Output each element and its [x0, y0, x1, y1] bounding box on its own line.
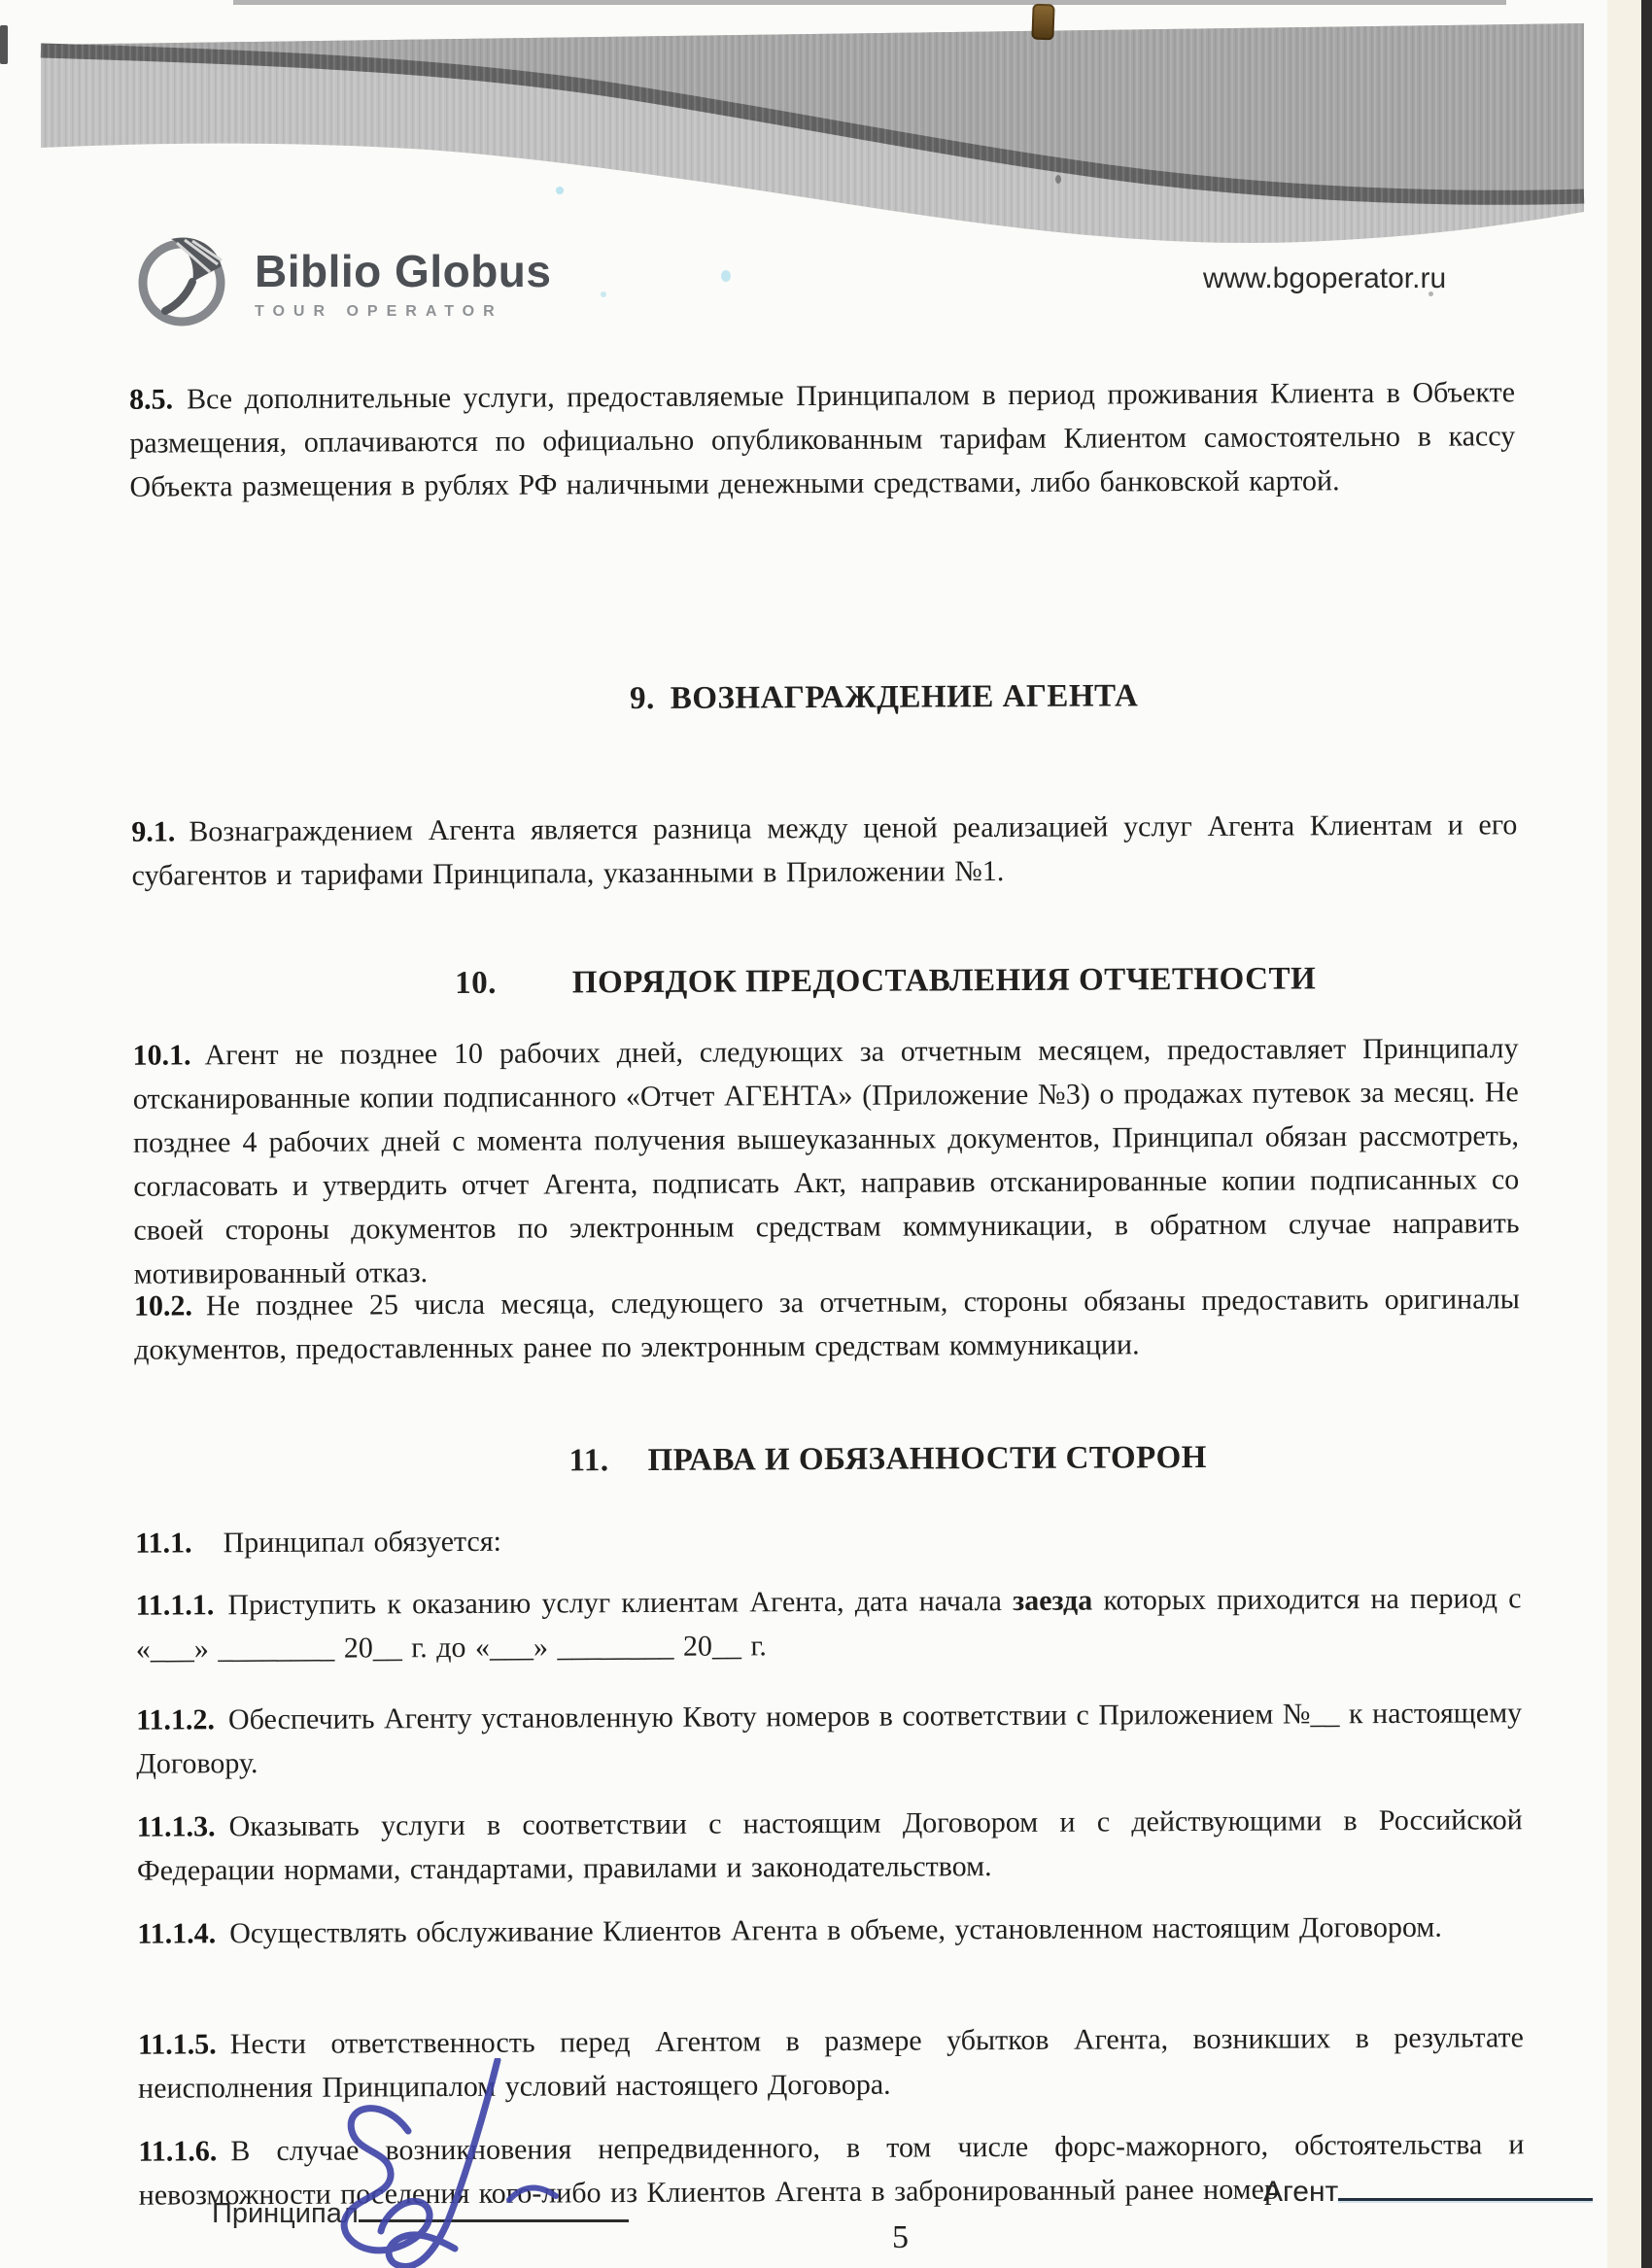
clause-8-5: 8.5.Все дополнительные услуги, предостав…: [129, 370, 1516, 508]
clause-number: 11.1.: [135, 1527, 192, 1559]
section-number: 11.: [568, 1443, 608, 1478]
clause-number: 11.1.3.: [137, 1810, 216, 1842]
clause-number: 11.1.2.: [136, 1703, 215, 1735]
clause-text-before: Приступить к оказанию услуг клиентам Аге…: [227, 1585, 1013, 1621]
agent-signature-line: [1338, 2173, 1593, 2201]
clause-11-1-3: 11.1.3.Оказывать услуги в соответствии с…: [137, 1798, 1523, 1892]
clause-text: Принципал обязуется:: [223, 1526, 501, 1559]
section-9-heading: 9.ВОЗНАГРАЖДЕНИЕ АГЕНТА: [191, 676, 1577, 719]
clause-number: 11.1.6.: [138, 2135, 217, 2167]
section-title: ВОЗНАГРАЖДЕНИЕ АГЕНТА: [671, 678, 1139, 716]
clause-11-1-4: 11.1.4.Осуществлять обслуживание Клиенто…: [137, 1905, 1523, 1955]
scanned-contract-page: Biblio Globus TOUR OPERATOR www.bgoperat…: [0, 0, 1652, 2268]
clause-text-bold: заезда: [1013, 1585, 1092, 1617]
clause-number: 10.2.: [134, 1289, 192, 1322]
clause-text: Все дополнительные услуги, предоставляем…: [129, 376, 1515, 502]
agent-signature-block: Агент: [1263, 2173, 1593, 2209]
clause-text: Вознаграждением Агента является разница …: [132, 808, 1518, 891]
contract-body: 8.5.Все дополнительные услуги, предостав…: [0, 0, 1652, 2268]
clause-number: 11.1.5.: [138, 2028, 217, 2060]
section-number: 10.: [455, 966, 497, 1001]
section-title: ПОРЯДОК ПРЕДОСТАВЛЕНИЯ ОТЧЕТНОСТИ: [572, 961, 1317, 1000]
agent-label: Агент: [1263, 2176, 1338, 2208]
clause-number: 9.1.: [131, 816, 175, 848]
clause-9-1: 9.1.Вознаграждением Агента является разн…: [131, 803, 1517, 897]
clause-text: Оказывать услуги в соответствии с настоя…: [137, 1804, 1523, 1886]
clause-text: Осуществлять обслуживание Клиентов Агент…: [229, 1911, 1442, 1950]
clause-number: 11.1.4.: [137, 1917, 216, 1949]
section-title: ПРАВА И ОБЯЗАННОСТИ СТОРОН: [647, 1440, 1207, 1478]
principal-signature-scribble: [292, 2058, 583, 2268]
clause-number: 8.5.: [129, 384, 173, 416]
clause-11-1-2: 11.1.2.Обеспечить Агенту установленную К…: [136, 1691, 1522, 1785]
clause-10-2: 10.2.Не позднее 25 числа месяца, следующ…: [134, 1277, 1520, 1371]
clause-number: 10.1.: [132, 1039, 190, 1071]
clause-text: Агент не позднее 10 рабочих дней, следую…: [133, 1032, 1520, 1289]
clause-10-1: 10.1.Агент не позднее 10 рабочих дней, с…: [132, 1026, 1519, 1295]
clause-11-1-1: 11.1.1.Приступить к оказанию услуг клиен…: [135, 1576, 1521, 1670]
clause-number: 11.1.1.: [135, 1589, 214, 1621]
section-11-heading: 11.ПРАВА И ОБЯЗАННОСТИ СТОРОН: [195, 1438, 1581, 1481]
clause-text: Обеспечить Агенту установленную Квоту но…: [136, 1697, 1522, 1779]
page-number: 5: [892, 2219, 909, 2256]
clause-text: Не позднее 25 числа месяца, следующего з…: [134, 1283, 1520, 1365]
section-10-heading: 10.ПОРЯДОК ПРЕДОСТАВЛЕНИЯ ОТЧЕТНОСТИ: [192, 960, 1578, 1003]
section-number: 9.: [630, 681, 655, 716]
clause-11-1: 11.1.Принципал обязуется:: [135, 1514, 1521, 1564]
